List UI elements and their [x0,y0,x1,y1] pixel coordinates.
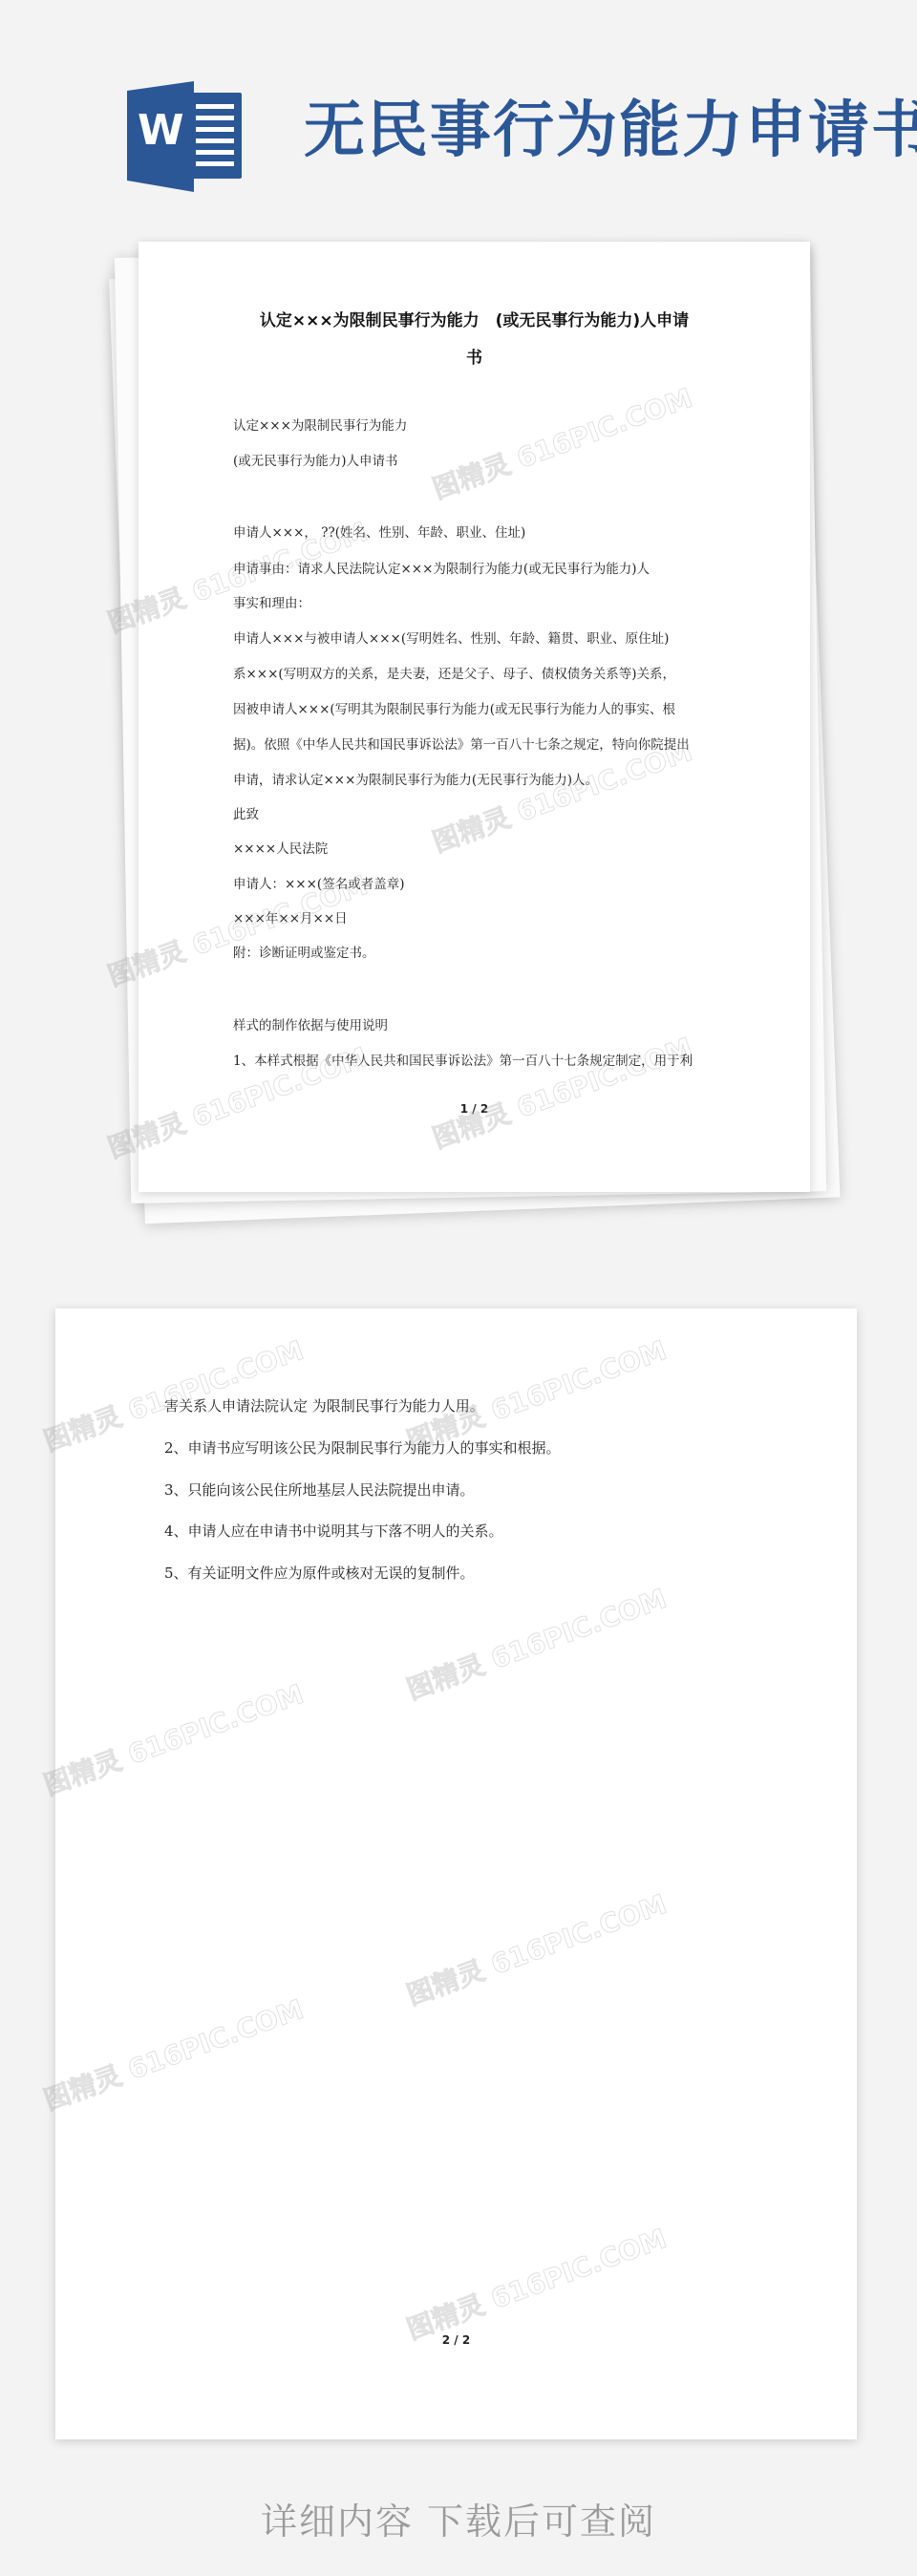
body-line: 1、本样式根据《中华人民共和国民事诉讼法》第一百八十七条规定制定，用于利 [233,1052,693,1071]
watermark: 图精灵 616PIC.COM [401,2218,672,2348]
list-item: 4、申请人应在申请书中说明其与下落不明人的关系。 [164,1522,503,1541]
list-item: 2、申请书应写明该公民为限制民事行为能力人的事实和根据。 [164,1438,561,1458]
section-heading: 样式的制作依据与使用说明 [233,1016,388,1035]
watermark: 图精灵 616PIC.COM [38,1989,309,2118]
body-line: 害关系人申请法院认定 为限制民事行为能力人用。 [164,1396,484,1416]
document-title-line1: 认定×××为限制民事行为能力 (或无民事行为能力)人申请 [139,307,810,330]
word-document-icon: W [127,81,244,192]
body-line: 此致 [233,805,259,824]
body-line: 申请人×××， ??(姓名、性别、年龄、职业、住址) [233,523,525,543]
body-line: 因被申请人×××(写明其为限制民事行为能力(或无民事行为能力人的事实、根 [233,700,675,719]
body-line: 事实和理由： [233,594,310,613]
page-title: 无民事行为能力申请书 [304,88,917,174]
watermark: 图精灵 616PIC.COM [38,1673,309,1803]
watermark: 图精灵 616PIC.COM [427,1027,697,1157]
body-line: 认定×××为限制民事行为能力 [233,416,407,436]
watermark: 图精灵 616PIC.COM [401,1578,672,1708]
list-item: 5、有关证明文件应为原件或核对无误的复制件。 [164,1564,475,1583]
body-line: ×××年××月××日 [233,909,348,928]
body-line: 附：诊断证明或鉴定书。 [233,944,375,963]
watermark: 图精灵 616PIC.COM [401,1884,672,2013]
download-hint: 详细内容 下载后可查阅 [0,2495,917,2548]
page-number: 2 / 2 [55,2333,857,2347]
document-page-2: 害关系人申请法院认定 为限制民事行为能力人用。 2、申请书应写明该公民为限制民事… [55,1309,857,2439]
body-line: 申请，请求认定×××为限制民事行为能力(无民事行为能力)人。 [233,771,598,790]
body-line: 申请事由：请求人民法院认定×××为限制行为能力(或无民事行为能力)人 [233,560,650,579]
body-line: 申请人×××与被申请人×××(写明姓名、性别、年龄、籍贯、职业、原住址) [233,629,669,649]
list-item: 3、只能向该公民住所地基层人民法院提出申请。 [164,1480,475,1500]
word-icon-letter: W [138,106,184,155]
body-line: 据)。依照《中华人民共和国民事诉讼法》第一百八十七条之规定，特向你院提出 [233,735,690,755]
watermark: 图精灵 616PIC.COM [427,377,697,507]
body-line: ××××人民法院 [233,840,328,859]
document-title-line2: 书 [139,344,810,368]
body-line: (或无民事行为能力)人申请书 [233,452,398,471]
body-line: 系×××(写明双方的关系，是夫妻，还是父子、母子、债权债务关系等)关系， [233,665,675,684]
document-page-1: 认定×××为限制民事行为能力 (或无民事行为能力)人申请 书 认定×××为限制民… [139,242,810,1192]
body-line: 申请人：×××(签名或者盖章) [233,875,404,894]
page-number: 1 / 2 [139,1102,810,1116]
